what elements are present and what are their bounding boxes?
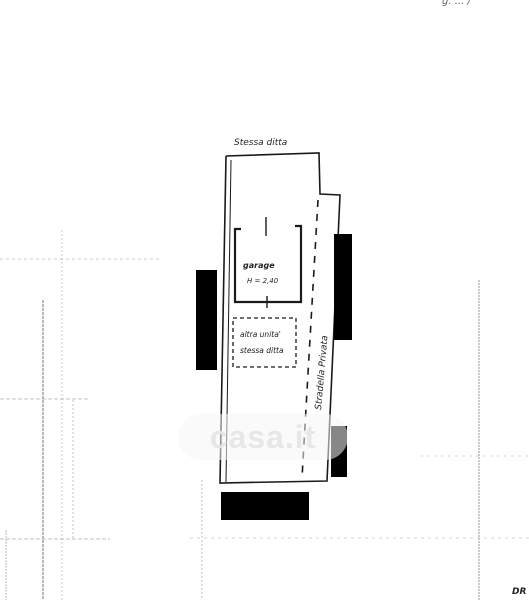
other-unit-area	[233, 318, 296, 367]
redaction-left	[196, 270, 217, 370]
label-other-unit-1: altra unita'	[240, 330, 281, 339]
top-right-handwritten-mark: g. ... /	[442, 0, 471, 7]
floor-plan-sheet: Stessa ditta garage H = 2,40 altra unita…	[0, 0, 529, 600]
label-road: Stradella Privata	[314, 335, 330, 410]
redaction-bottom	[221, 492, 309, 520]
redaction-right-upper	[334, 234, 352, 340]
label-garage-height: H = 2,40	[247, 277, 279, 285]
label-other-unit-2: stessa ditta	[240, 346, 284, 355]
label-garage: garage	[243, 261, 275, 270]
label-top-neighbor: Stessa ditta	[234, 138, 287, 148]
corner-code: DR	[512, 587, 526, 597]
watermark: casa.it	[178, 414, 348, 460]
